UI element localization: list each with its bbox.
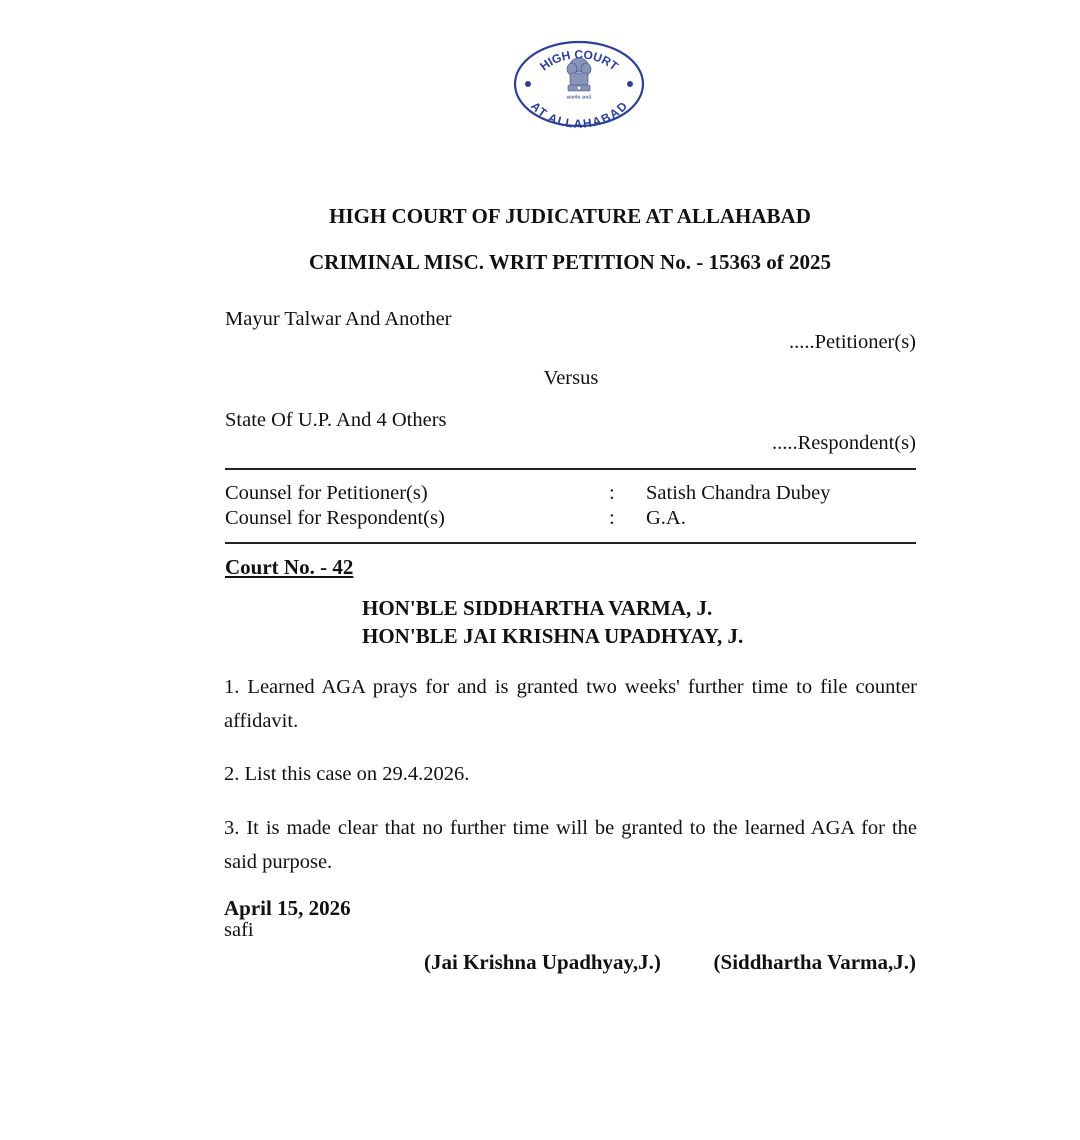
order-date: April 15, 2026: [224, 896, 351, 921]
divider-bottom: [225, 542, 916, 544]
counsel-value: G.A.: [646, 507, 686, 530]
counsel-label: Counsel for Respondent(s): [225, 507, 445, 530]
versus-label: Versus: [0, 367, 1080, 390]
counsel-separator: :: [609, 482, 615, 505]
case-title-heading: CRIMINAL MISC. WRIT PETITION No. - 15363…: [0, 250, 1080, 275]
counsel-petitioner-row: Counsel for Petitioner(s) : Satish Chand…: [225, 482, 925, 508]
respondent-name: State Of U.P. And 4 Others: [225, 409, 447, 432]
petitioner-name: Mayur Talwar And Another: [225, 308, 452, 331]
svg-text:सत्यमेव जयते: सत्यमेव जयते: [567, 94, 592, 101]
court-name-heading: HIGH COURT OF JUDICATURE AT ALLAHABAD: [0, 204, 1080, 229]
bench-judge-1: HON'BLE SIDDHARTHA VARMA, J.: [362, 596, 712, 621]
counsel-label: Counsel for Petitioner(s): [225, 482, 428, 505]
bench-judge-2: HON'BLE JAI KRISHNA UPADHYAY, J.: [362, 624, 743, 649]
counsel-respondent-row: Counsel for Respondent(s) : G.A.: [225, 507, 925, 533]
order-paragraph-2: 2. List this case on 29.4.2026.: [224, 757, 917, 791]
order-paragraph-1: 1. Learned AGA prays for and is granted …: [224, 670, 917, 738]
counsel-separator: :: [609, 507, 615, 530]
divider-top: [225, 468, 916, 470]
stenographer-initials: safi: [224, 919, 254, 942]
respondent-role: .....Respondent(s): [772, 432, 916, 455]
counsel-value: Satish Chandra Dubey: [646, 482, 830, 505]
petitioner-role: .....Petitioner(s): [789, 331, 916, 354]
signature-judge-varma: (Siddhartha Varma,J.): [714, 950, 916, 975]
order-paragraph-3: 3. It is made clear that no further time…: [224, 811, 917, 879]
court-number: Court No. - 42: [225, 555, 353, 580]
high-court-seal: HIGH COURT AT ALLAHABAD सत्यमेव जयते: [512, 39, 646, 129]
svg-text:AT ALLAHABAD: AT ALLAHABAD: [528, 99, 630, 129]
ashoka-emblem-icon: HIGH COURT AT ALLAHABAD सत्यमेव जयते: [512, 39, 646, 129]
signature-judge-upadhyay: (Jai Krishna Upadhyay,J.): [424, 950, 661, 975]
